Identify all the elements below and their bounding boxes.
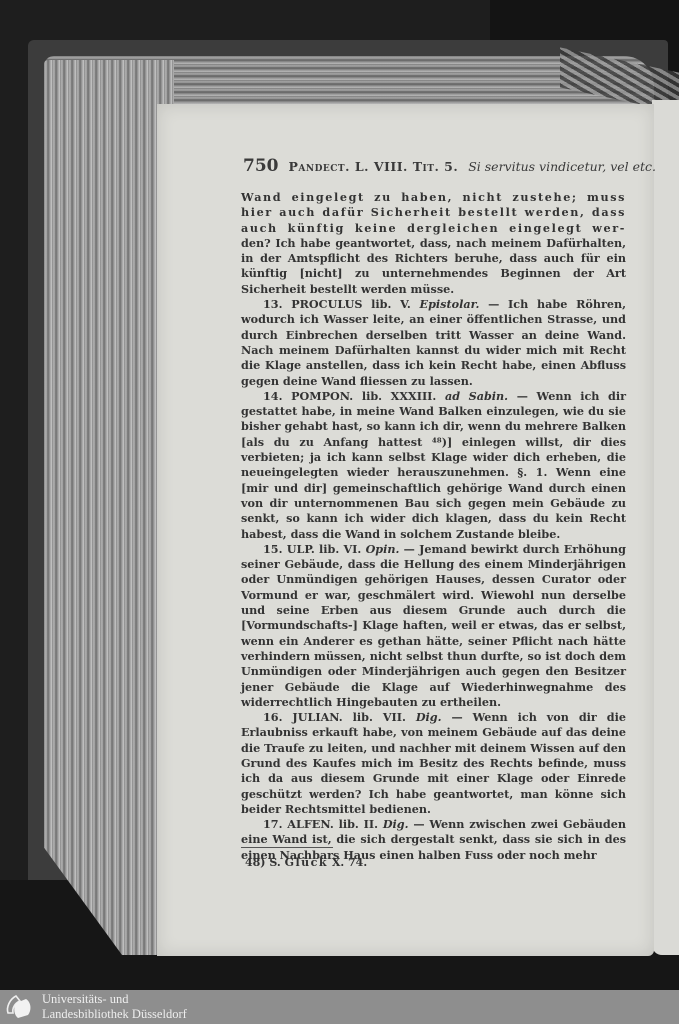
running-head: 750 Pandect. L. VIII. Tit. 5. Si servitu… (243, 156, 643, 176)
paragraph-continued: Wand eingelegt zu haben, nicht zustehe; … (241, 190, 626, 297)
section-source: ad Sabin. (445, 389, 508, 403)
library-footer-bar: Universitäts- und Landesbibliothek Düsse… (0, 990, 679, 1024)
section-label: 14. POMPON. lib. XXXIII. (263, 389, 436, 403)
footnote-divider (241, 847, 333, 848)
body-text: Wand eingelegt zu haben, nicht zustehe; … (241, 190, 626, 863)
library-name[interactable]: Universitäts- und Landesbibliothek Düsse… (42, 992, 187, 1022)
footnote-loc: X. 74. (332, 856, 367, 869)
section-source: Dig. (416, 710, 442, 724)
section-label: 13. PROCULUS lib. V. (263, 297, 411, 311)
book-page: 750 Pandect. L. VIII. Tit. 5. Si servitu… (157, 104, 654, 956)
section-label: 15. ULP. lib. VI. (263, 542, 361, 556)
facing-page (652, 100, 679, 955)
footnote-marker: 48) S. (245, 856, 281, 869)
paragraph-15: 15. ULP. lib. VI. Opin. — Jemand bewirkt… (241, 542, 626, 710)
section-label: 16. JULIAN. lib. VII. (263, 710, 406, 724)
library-logo-icon[interactable] (4, 993, 34, 1021)
paragraph-14: 14. POMPON. lib. XXXIII. ad Sabin. — Wen… (241, 389, 626, 542)
footnote: 48) S. Glück X. 74. (245, 856, 367, 869)
running-head-title: Pandect. L. VIII. Tit. 5. (288, 159, 458, 174)
section-source: Opin. (366, 542, 400, 556)
running-head-subtitle: Si servitus vindicetur, vel etc. (468, 159, 656, 174)
library-name-line1: Universitäts- und (42, 992, 187, 1007)
paragraph-16: 16. JULIAN. lib. VII. Dig. — Wenn ich vo… (241, 710, 626, 817)
library-name-line2: Landesbibliothek Düsseldorf (42, 1007, 187, 1022)
section-source: Dig. (383, 817, 409, 831)
footnote-ref: Glück (285, 856, 328, 869)
section-label: 17. ALFEN. lib. II. (263, 817, 378, 831)
section-source: Epistolar. (420, 297, 480, 311)
page-number: 750 (243, 156, 279, 176)
book-page-stack (44, 60, 174, 955)
paragraph-13: 13. PROCULUS lib. V. Epistolar. — Ich ha… (241, 297, 626, 389)
